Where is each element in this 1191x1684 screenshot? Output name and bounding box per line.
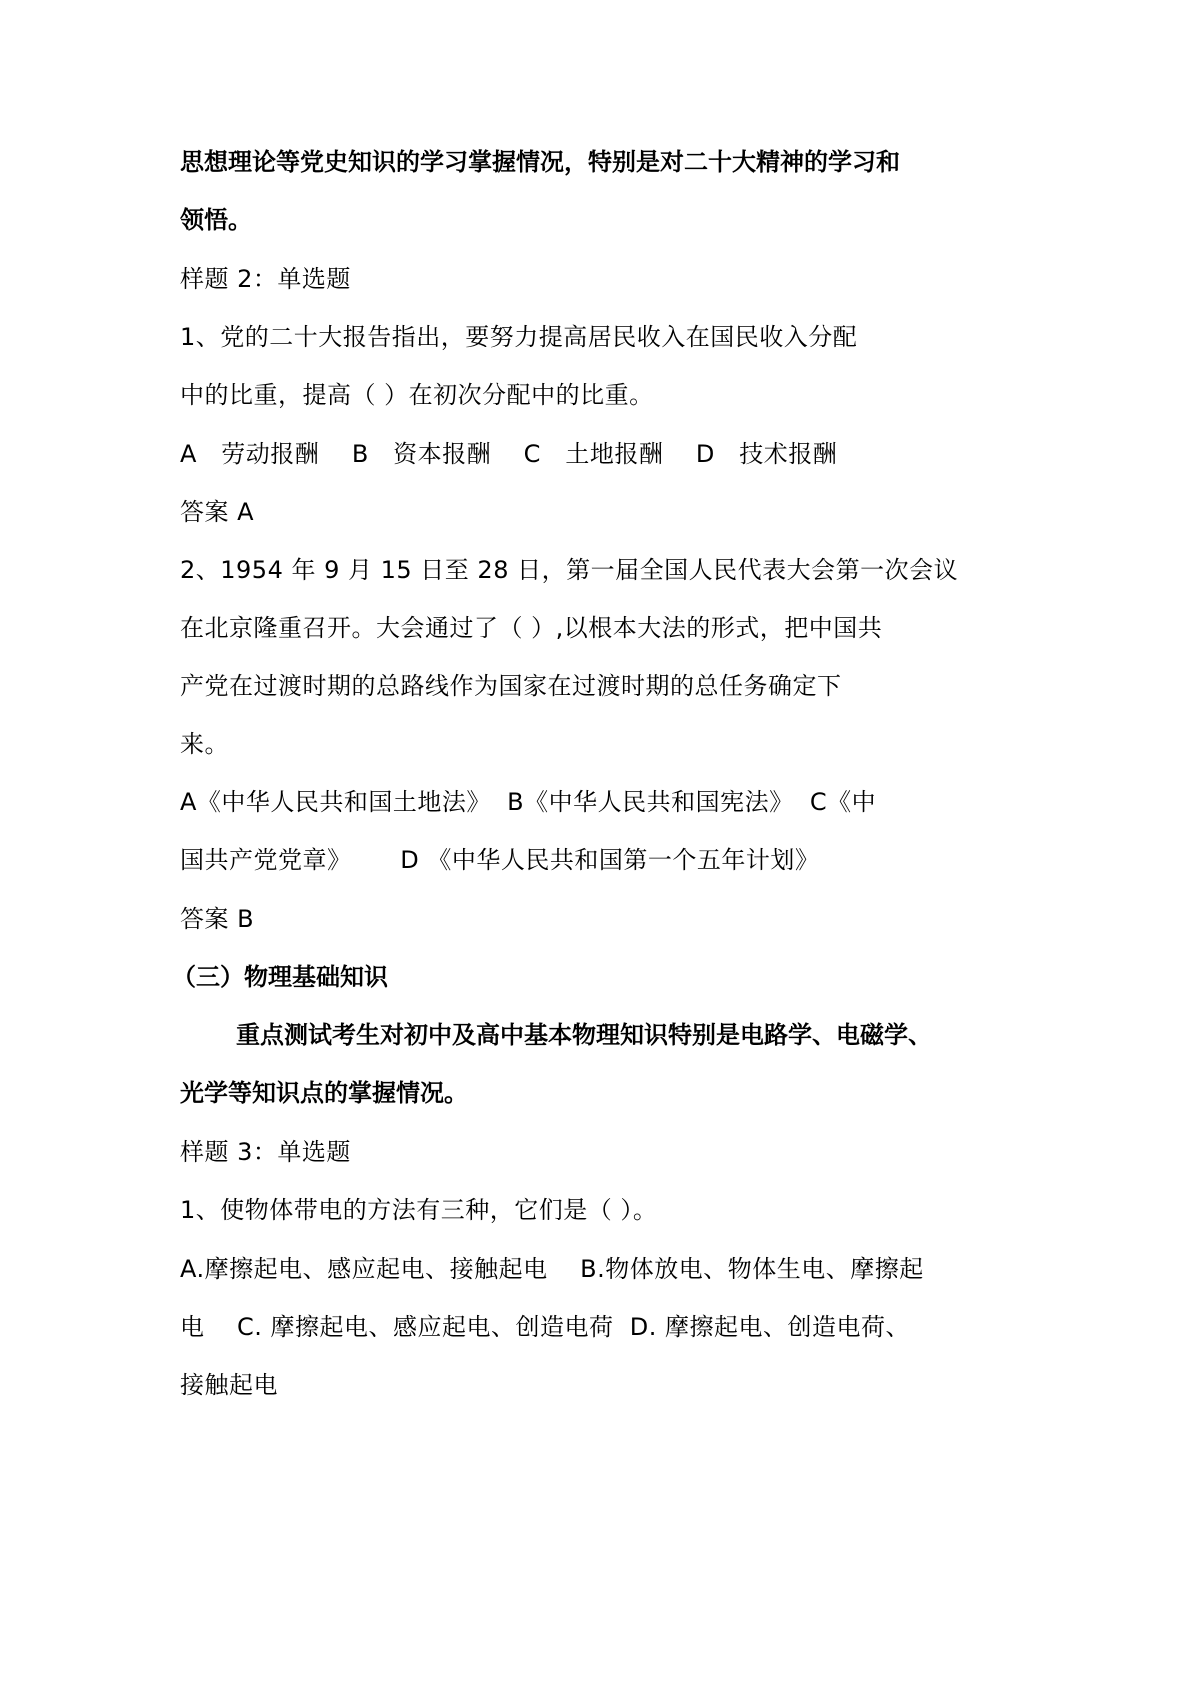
document-page: 思想理论等党史知识的学习掌握情况，特别是对二十大精神的学习和 领悟。 样题 2：… <box>0 0 1191 1684</box>
sample2-q1-stem-line1: 1、党的二十大报告指出，要努力提高居民收入在国民收入分配 <box>180 321 857 353</box>
sample3-q1-stem: 1、使物体带电的方法有三种，它们是（ ）。 <box>180 1194 657 1226</box>
sample2-q2-options-line1: A《中华人民共和国土地法》 B《中华人民共和国宪法》 C《中 <box>180 786 876 818</box>
sample3-q1-options-line1: A.摩擦起电、感应起电、接触起电 B.物体放电、物体生电、摩擦起 <box>180 1253 924 1285</box>
section3-desc-line1: 重点测试考生对初中及高中基本物理知识特别是电路学、电磁学、 <box>236 1019 932 1051</box>
sample2-q1-answer: 答案 A <box>180 496 254 528</box>
section2-intro-line1: 思想理论等党史知识的学习掌握情况，特别是对二十大精神的学习和 <box>180 146 900 178</box>
sample3-q1-options-line2: 电 C. 摩擦起电、感应起电、创造电荷 D. 摩擦起电、创造电荷、 <box>180 1311 910 1343</box>
sample2-q2-stem-line2: 在北京隆重召开。大会通过了（ ）,以根本大法的形式，把中国共 <box>180 612 882 644</box>
sample2-q2-answer: 答案 B <box>180 903 254 935</box>
sample2-heading: 样题 2：单选题 <box>180 263 351 295</box>
sample2-q2-stem-line1: 2、1954 年 9 月 15 日至 28 日，第一届全国人民代表大会第一次会议 <box>180 554 958 586</box>
section3-desc-line2: 光学等知识点的掌握情况。 <box>180 1077 468 1109</box>
sample2-q2-options-line2: 国共产党党章》 D 《中华人民共和国第一个五年计划》 <box>180 844 819 876</box>
sample3-heading: 样题 3：单选题 <box>180 1136 351 1168</box>
section3-heading: （三）物理基础知识 <box>172 961 388 993</box>
sample2-q1-options: A 劳动报酬 B 资本报酬 C 土地报酬 D 技术报酬 <box>180 438 837 470</box>
sample2-q2-stem-line4: 来。 <box>180 728 229 760</box>
sample3-q1-options-line3: 接触起电 <box>180 1369 278 1401</box>
section2-intro-line2: 领悟。 <box>180 204 252 236</box>
sample2-q1-stem-line2: 中的比重，提高（ ）在初次分配中的比重。 <box>180 379 654 411</box>
sample2-q2-stem-line3: 产党在过渡时期的总路线作为国家在过渡时期的总任务确定下 <box>180 670 842 702</box>
